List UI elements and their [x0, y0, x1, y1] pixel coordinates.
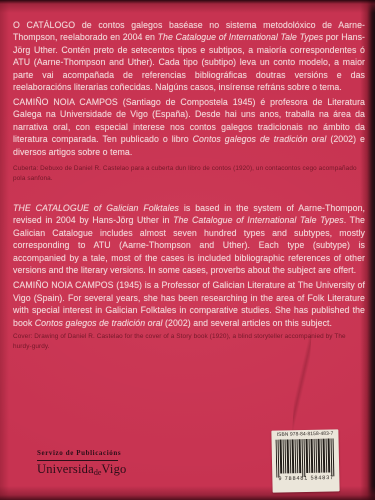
wordmark-vigo: Vigo — [101, 462, 126, 476]
paragraph-english-catalogue: THE CATALOGUE of Galician Folktales is b… — [13, 202, 365, 277]
text-run: (2002) and several articles on this subj… — [163, 318, 332, 328]
paragraph-english-author-bio: CAMIÑO NOIA CAMPOS (1945) is a Professor… — [13, 279, 365, 329]
isbn-barcode-box: ISBN 978-84-8158-483-7 — [271, 429, 339, 492]
text-run-italic: THE CATALOGUE of Galician Folktales — [13, 203, 179, 213]
wordmark-universida: Universida — [37, 462, 94, 476]
publisher-service-label: Servizo de Publicacións — [37, 449, 147, 459]
publisher-university-wordmark: UniversidadeVigo — [37, 462, 147, 477]
caption-cuberta-galician: Cuberta: Debuxo de Daniel R. Castelao pa… — [13, 164, 365, 184]
text-run-italic: Contos galegos de tradición oral — [35, 318, 163, 328]
book-back-cover: O CATÁLOGO de contos galegos baséase no … — [0, 0, 375, 500]
barcode-digits: 9 788481 584837 — [278, 475, 334, 482]
caption-cover-english: Cover: Drawing of Daniel R. Castelao for… — [13, 332, 365, 352]
text-run-italic: The Catalogue of International Tale Type… — [158, 32, 324, 42]
back-cover-text: O CATÁLOGO de contos galegos baséase no … — [13, 19, 365, 352]
isbn-number: ISBN 978-84-8158-483-7 — [277, 431, 334, 437]
text-run-italic: Contos galegos de tradición oral — [193, 134, 327, 144]
text-run-italic: The Catalogue of International Tale Type… — [173, 215, 344, 225]
publisher-logo: Servizo de Publicacións UniversidadeVigo — [37, 449, 147, 477]
paragraph-galician-catalogue: O CATÁLOGO de contos galegos baséase no … — [13, 19, 365, 94]
barcode-bars-icon — [276, 438, 336, 477]
publisher-divider — [37, 460, 118, 461]
paragraph-galician-author-bio: CAMIÑO NOIA CAMPOS (Santiago de Composte… — [13, 96, 365, 158]
